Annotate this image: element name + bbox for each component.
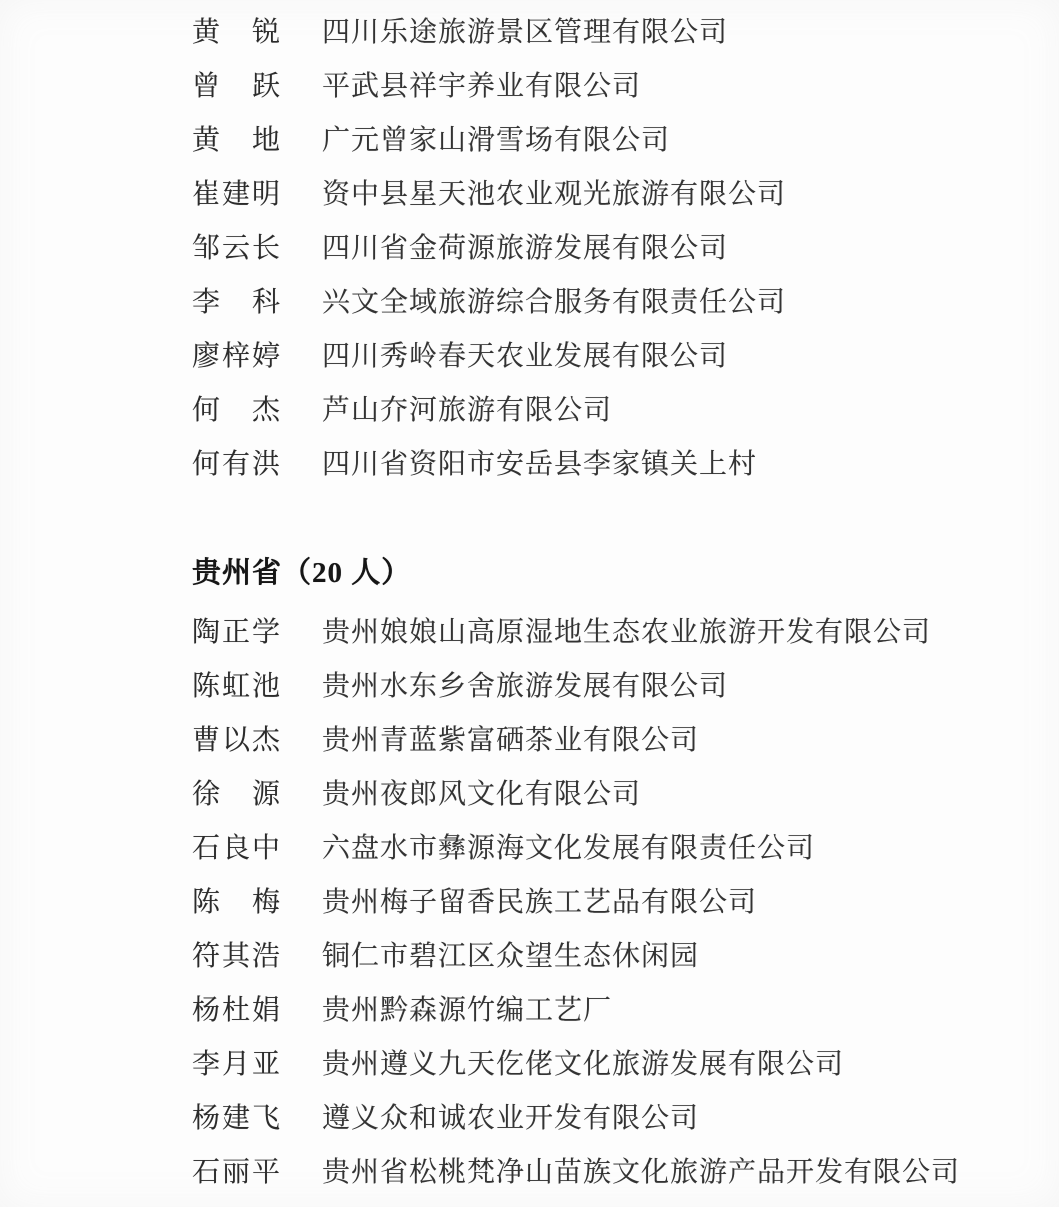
person-name: 何有洪 <box>192 438 322 492</box>
person-name: 何 杰 <box>192 384 322 438</box>
person-name: 杨建飞 <box>192 1092 322 1146</box>
person-name: 石良中 <box>192 822 322 876</box>
person-name: 廖梓婷 <box>192 330 322 384</box>
list-row: 徐 源贵州夜郎风文化有限公司 <box>0 768 1059 822</box>
person-name: 李 科 <box>192 276 322 330</box>
person-name: 曹以杰 <box>192 714 322 768</box>
person-name: 陈 梅 <box>192 876 322 930</box>
organization-name: 遵义众和诚农业开发有限公司 <box>322 1092 699 1146</box>
organization-name: 四川乐途旅游景区管理有限公司 <box>322 6 728 60</box>
list-row: 陈虹池贵州水东乡舍旅游发展有限公司 <box>0 660 1059 714</box>
organization-name: 平武县祥宇养业有限公司 <box>322 60 641 114</box>
person-name: 徐 源 <box>192 768 322 822</box>
person-name: 李月亚 <box>192 1038 322 1092</box>
list-row: 崔建明资中县星天池农业观光旅游有限公司 <box>0 168 1059 222</box>
list-row: 廖梓婷四川秀岭春天农业发展有限公司 <box>0 330 1059 384</box>
organization-name: 贵州黔森源竹编工艺厂 <box>322 984 612 1038</box>
list-row: 曹以杰贵州青蓝紫富硒茶业有限公司 <box>0 714 1059 768</box>
organization-name: 贵州青蓝紫富硒茶业有限公司 <box>322 714 699 768</box>
list-row: 邹云长四川省金荷源旅游发展有限公司 <box>0 222 1059 276</box>
person-name: 陈虹池 <box>192 660 322 714</box>
person-name: 杨杜娟 <box>192 984 322 1038</box>
organization-name: 芦山夰河旅游有限公司 <box>322 384 612 438</box>
section-rows-sichuan-continued: 黄 锐四川乐途旅游景区管理有限公司曾 跃平武县祥宇养业有限公司黄 地广元曾家山滑… <box>0 0 1059 492</box>
person-name: 崔建明 <box>192 168 322 222</box>
organization-name: 贵州遵义九天仡佬文化旅游发展有限公司 <box>322 1038 844 1092</box>
organization-name: 铜仁市碧江区众望生态休闲园 <box>322 930 699 984</box>
list-row: 李月亚贵州遵义九天仡佬文化旅游发展有限公司 <box>0 1038 1059 1092</box>
list-row: 黄 锐四川乐途旅游景区管理有限公司 <box>0 6 1059 60</box>
list-row: 陶正学贵州娘娘山高原湿地生态农业旅游开发有限公司 <box>0 606 1059 660</box>
name-list: 黄 锐四川乐途旅游景区管理有限公司曾 跃平武县祥宇养业有限公司黄 地广元曾家山滑… <box>0 0 1059 1200</box>
section-rows-guizhou: 陶正学贵州娘娘山高原湿地生态农业旅游开发有限公司陈虹池贵州水东乡舍旅游发展有限公… <box>0 600 1059 1200</box>
list-row: 石良中六盘水市彝源海文化发展有限责任公司 <box>0 822 1059 876</box>
organization-name: 贵州夜郎风文化有限公司 <box>322 768 641 822</box>
organization-name: 资中县星天池农业观光旅游有限公司 <box>322 168 786 222</box>
list-row: 李 科兴文全域旅游综合服务有限责任公司 <box>0 276 1059 330</box>
organization-name: 兴文全域旅游综合服务有限责任公司 <box>322 276 786 330</box>
organization-name: 贵州梅子留香民族工艺品有限公司 <box>322 876 757 930</box>
organization-name: 六盘水市彝源海文化发展有限责任公司 <box>322 822 815 876</box>
list-row: 杨杜娟贵州黔森源竹编工艺厂 <box>0 984 1059 1038</box>
list-row: 杨建飞遵义众和诚农业开发有限公司 <box>0 1092 1059 1146</box>
person-name: 黄 地 <box>192 114 322 168</box>
list-row: 曾 跃平武县祥宇养业有限公司 <box>0 60 1059 114</box>
organization-name: 四川省金荷源旅游发展有限公司 <box>322 222 728 276</box>
list-row: 石丽平贵州省松桃梵净山苗族文化旅游产品开发有限公司 <box>0 1146 1059 1200</box>
person-name: 曾 跃 <box>192 60 322 114</box>
person-name: 邹云长 <box>192 222 322 276</box>
organization-name: 贵州水东乡舍旅游发展有限公司 <box>322 660 728 714</box>
person-name: 黄 锐 <box>192 6 322 60</box>
list-row: 黄 地广元曾家山滑雪场有限公司 <box>0 114 1059 168</box>
person-name: 陶正学 <box>192 606 322 660</box>
organization-name: 四川省资阳市安岳县李家镇关上村 <box>322 438 757 492</box>
organization-name: 贵州省松桃梵净山苗族文化旅游产品开发有限公司 <box>322 1146 960 1200</box>
list-row: 何有洪四川省资阳市安岳县李家镇关上村 <box>0 438 1059 492</box>
person-name: 符其浩 <box>192 930 322 984</box>
list-row: 陈 梅贵州梅子留香民族工艺品有限公司 <box>0 876 1059 930</box>
organization-name: 贵州娘娘山高原湿地生态农业旅游开发有限公司 <box>322 606 931 660</box>
document-page: 黄 锐四川乐途旅游景区管理有限公司曾 跃平武县祥宇养业有限公司黄 地广元曾家山滑… <box>0 0 1059 1207</box>
list-row: 符其浩铜仁市碧江区众望生态休闲园 <box>0 930 1059 984</box>
list-row: 何 杰芦山夰河旅游有限公司 <box>0 384 1059 438</box>
organization-name: 四川秀岭春天农业发展有限公司 <box>322 330 728 384</box>
person-name: 石丽平 <box>192 1146 322 1200</box>
section-title-guizhou: 贵州省（20 人） <box>0 558 1059 588</box>
organization-name: 广元曾家山滑雪场有限公司 <box>322 114 670 168</box>
